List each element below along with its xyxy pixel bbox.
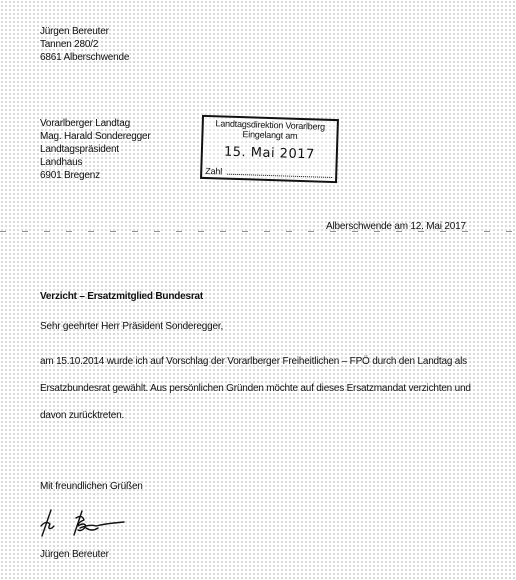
sender-street: Tannen 280/2 — [40, 38, 129, 51]
recipient-address: Vorarlberger Landtag Mag. Harald Sondere… — [40, 117, 150, 182]
sender-name: Jürgen Bereuter — [40, 25, 129, 38]
subject-line: Verzicht – Ersatzmitglied Bundesrat — [40, 291, 203, 302]
signer-name: Jürgen Bereuter — [40, 549, 109, 560]
sender-address: Jürgen Bereuter Tannen 280/2 6861 Albers… — [40, 25, 129, 64]
salutation: Sehr geehrter Herr Präsident Sonderegger… — [40, 321, 223, 332]
recipient-line-3: Landtagspräsident — [40, 143, 150, 156]
recipient-line-2: Mag. Harald Sonderegger — [40, 130, 150, 143]
body-line-3: davon zurücktreten. — [40, 410, 124, 421]
recipient-line-1: Vorarlberger Landtag — [40, 117, 150, 130]
handwritten-signature — [38, 508, 128, 538]
stamp-zahl-label: Zahl — [205, 166, 222, 177]
closing: Mit freundlichen Grüßen — [40, 481, 143, 492]
recipient-line-4: Landhaus — [40, 156, 150, 169]
received-stamp: Landtagsdirektion Vorarlberg Eingelangt … — [200, 115, 339, 183]
stamp-date: 15. Mai 2017 — [203, 144, 336, 163]
place-date: Alberschwende am 12. Mai 2017 — [326, 221, 466, 232]
sender-city: 6861 Alberschwende — [40, 51, 129, 64]
body-line-2: Ersatzbundesrat gewählt. Aus persönliche… — [40, 383, 471, 394]
body-line-1: am 15.10.2014 wurde ich auf Vorschlag de… — [40, 356, 467, 367]
stamp-zahl-dotted-line — [227, 174, 332, 178]
recipient-line-5: 6901 Bregenz — [40, 169, 150, 182]
